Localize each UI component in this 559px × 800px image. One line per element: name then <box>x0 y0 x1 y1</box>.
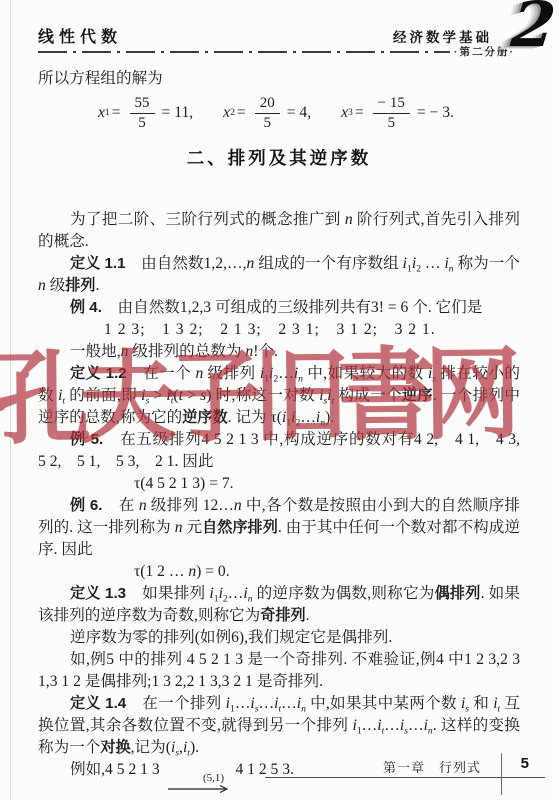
footer-divider-bar <box>501 753 502 795</box>
paragraph-definition-1-3: 定义 1.3 如果排列 i1i2…in 的逆序数为偶数,则称它为偶排列. 如果该… <box>38 583 520 627</box>
paragraph-example-4: 例 4. 由自然数1,2,3 可组成的三级排列共有3! = 6 个. 它们是 <box>38 297 520 319</box>
paragraph-solution-lead: 所以方程组的解为 <box>38 68 520 90</box>
paragraph-example-6: 例 6. 在 n 级排列 12…n 中,各个数是按照由小到大的自然顺序排列的. … <box>38 495 520 561</box>
header-book-title: 线性代数 <box>38 24 122 47</box>
footer-rule <box>265 777 545 778</box>
swap-label: (5,1) <box>167 773 229 784</box>
footer-page-number: 5 <box>521 755 529 772</box>
scan-edge-line <box>10 0 11 800</box>
footer-chapter-label: 第一章 行列式 <box>383 757 481 776</box>
fraction: − 155 <box>373 95 410 131</box>
solution-equations: x1 = 555 = 11, x2 = 205 = 4, x3 = − 155 … <box>98 95 520 131</box>
paragraph-definition-1-2: 定义 1.2 在一个 n 级排列 i1i2…in 中,如果较大的数 is 排在较… <box>38 363 520 429</box>
header-series-title: 经济数学基础 <box>393 26 492 46</box>
formula-permutation-list: 1 2 3; 1 3 2; 2 1 3; 2 3 1; 3 1 2; 3 2 1… <box>104 319 520 341</box>
swap-before: 例如,4 5 2 1 3 <box>70 761 160 778</box>
paragraph-intro-permutation: 为了把二阶、三阶行列式的概念推广到 n 阶行列式,首先引入排列的概念. <box>38 209 520 253</box>
header-volume-label: ·第二分册· <box>454 44 515 59</box>
paragraph-example-5: 例 5. 在五级排列4 5 2 1 3 中,构成逆序的数对有4 2, 4 1, … <box>38 429 520 473</box>
equation-x1: x1 = 555 = 11, <box>98 95 193 131</box>
header-volume-numeral: 2 <box>508 0 558 60</box>
paragraph-definition-1-4: 定义 1.4 在一个排列 i1…is…it…in 中,如果其中某两个数 is 和… <box>38 693 520 759</box>
paragraph-parity-examples: 如,例5 中的排列 4 5 2 1 3 是一个奇排列. 不难验证,例4 中1 2… <box>38 649 520 693</box>
swap-after: 4 1 2 5 3. <box>235 761 293 778</box>
book-page: 线性代数 经济数学基础 ·第二分册· 2 所以方程组的解为 x1 = 555 =… <box>0 0 559 800</box>
paragraph-definition-1-1: 定义 1.1 由自然数1,2,…,n 组成的一个有序数组 i1i2 … in 称… <box>38 253 520 297</box>
section-title: 二、排列及其逆序数 <box>38 147 520 169</box>
fraction: 555 <box>130 95 155 131</box>
header-dash-rule <box>38 51 450 53</box>
formula-tau-45213: τ(4 5 2 1 3) = 7. <box>134 473 520 495</box>
right-arrow-icon <box>167 784 229 794</box>
swap-arrow: (5,1) <box>167 773 229 794</box>
equation-x2: x2 = 205 = 4, <box>223 95 311 131</box>
formula-tau-12n: τ(1 2 … n) = 0. <box>134 561 520 583</box>
equation-x3: x3 = − 155 = − 3. <box>341 95 454 131</box>
page-content: 所以方程组的解为 x1 = 555 = 11, x2 = 205 = 4, x3… <box>38 68 520 794</box>
paragraph-zero-inversions: 逆序数为零的排列(如例6),我们规定它是偶排列. <box>38 627 520 649</box>
paragraph-general-count: 一般地,n 级排列的总数为 n!个. <box>38 341 520 363</box>
fraction: 205 <box>255 95 280 131</box>
